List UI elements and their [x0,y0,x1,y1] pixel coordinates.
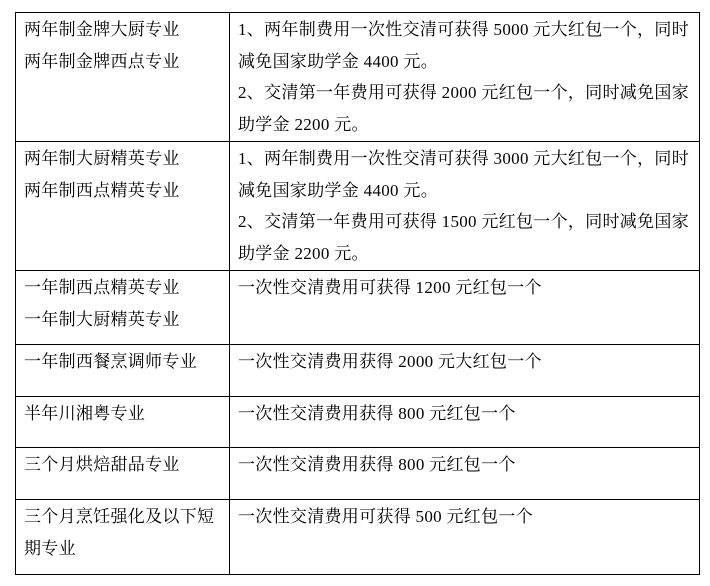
program-cell: 一年制西餐烹调师专业 [16,345,230,397]
program-name: 两年制大厨精英专业 [24,143,220,175]
benefit-text: 一次性交清费用获得 2000 元大红包一个 [238,346,690,378]
tuition-discount-table: 两年制金牌大厨专业 两年制金牌西点专业 1、两年制费用一次性交清可获得 5000… [15,12,700,575]
benefit-text: 1、两年制费用一次性交清可获得 3000 元大红包一个，同时减免国家助学金 44… [238,143,690,206]
benefit-text: 一次性交清费用可获得 500 元红包一个 [238,501,690,533]
table-row: 半年川湘粤专业 一次性交清费用获得 800 元红包一个 [16,397,700,448]
program-name: 三个月烘焙甜品专业 [24,449,220,481]
table-row: 一年制西餐烹调师专业 一次性交清费用获得 2000 元大红包一个 [16,345,700,397]
program-name: 三个月烹饪强化及以下短期专业 [24,501,220,564]
benefit-text: 一次性交清费用获得 800 元红包一个 [238,398,690,430]
table-row: 一年制西点精英专业 一年制大厨精英专业 一次性交清费用可获得 1200 元红包一… [16,271,700,345]
table-row: 两年制大厨精英专业 两年制西点精英专业 1、两年制费用一次性交清可获得 3000… [16,142,700,271]
program-name: 一年制西点精英专业 [24,272,220,304]
table-row: 三个月烹饪强化及以下短期专业 一次性交清费用可获得 500 元红包一个 [16,500,700,575]
program-cell: 两年制金牌大厨专业 两年制金牌西点专业 [16,13,230,142]
table-row: 两年制金牌大厨专业 两年制金牌西点专业 1、两年制费用一次性交清可获得 5000… [16,13,700,142]
program-name: 一年制大厨精英专业 [24,304,220,336]
benefit-text: 2、交清第一年费用可获得 2000 元红包一个，同时减免国家助学金 2200 元… [238,77,690,140]
program-cell: 三个月烹饪强化及以下短期专业 [16,500,230,575]
program-cell: 三个月烘焙甜品专业 [16,448,230,500]
benefit-text: 2、交清第一年费用可获得 1500 元红包一个，同时减免国家助学金 2200 元… [238,206,690,269]
program-name: 两年制金牌西点专业 [24,46,220,78]
program-name: 两年制西点精英专业 [24,175,220,207]
program-name: 两年制金牌大厨专业 [24,14,220,46]
table-row: 三个月烘焙甜品专业 一次性交清费用获得 800 元红包一个 [16,448,700,500]
program-name: 半年川湘粤专业 [24,398,220,430]
benefit-text: 1、两年制费用一次性交清可获得 5000 元大红包一个，同时减免国家助学金 44… [238,14,690,77]
benefit-cell: 一次性交清费用获得 2000 元大红包一个 [230,345,700,397]
benefit-cell: 一次性交清费用获得 800 元红包一个 [230,448,700,500]
benefit-cell: 一次性交清费用可获得 1200 元红包一个 [230,271,700,345]
benefit-text: 一次性交清费用获得 800 元红包一个 [238,449,690,481]
benefit-cell: 1、两年制费用一次性交清可获得 5000 元大红包一个，同时减免国家助学金 44… [230,13,700,142]
benefit-cell: 一次性交清费用获得 800 元红包一个 [230,397,700,448]
benefit-text: 一次性交清费用可获得 1200 元红包一个 [238,272,690,304]
program-cell: 两年制大厨精英专业 两年制西点精英专业 [16,142,230,271]
benefit-cell: 一次性交清费用可获得 500 元红包一个 [230,500,700,575]
benefit-cell: 1、两年制费用一次性交清可获得 3000 元大红包一个，同时减免国家助学金 44… [230,142,700,271]
program-cell: 一年制西点精英专业 一年制大厨精英专业 [16,271,230,345]
program-name: 一年制西餐烹调师专业 [24,346,220,378]
program-cell: 半年川湘粤专业 [16,397,230,448]
